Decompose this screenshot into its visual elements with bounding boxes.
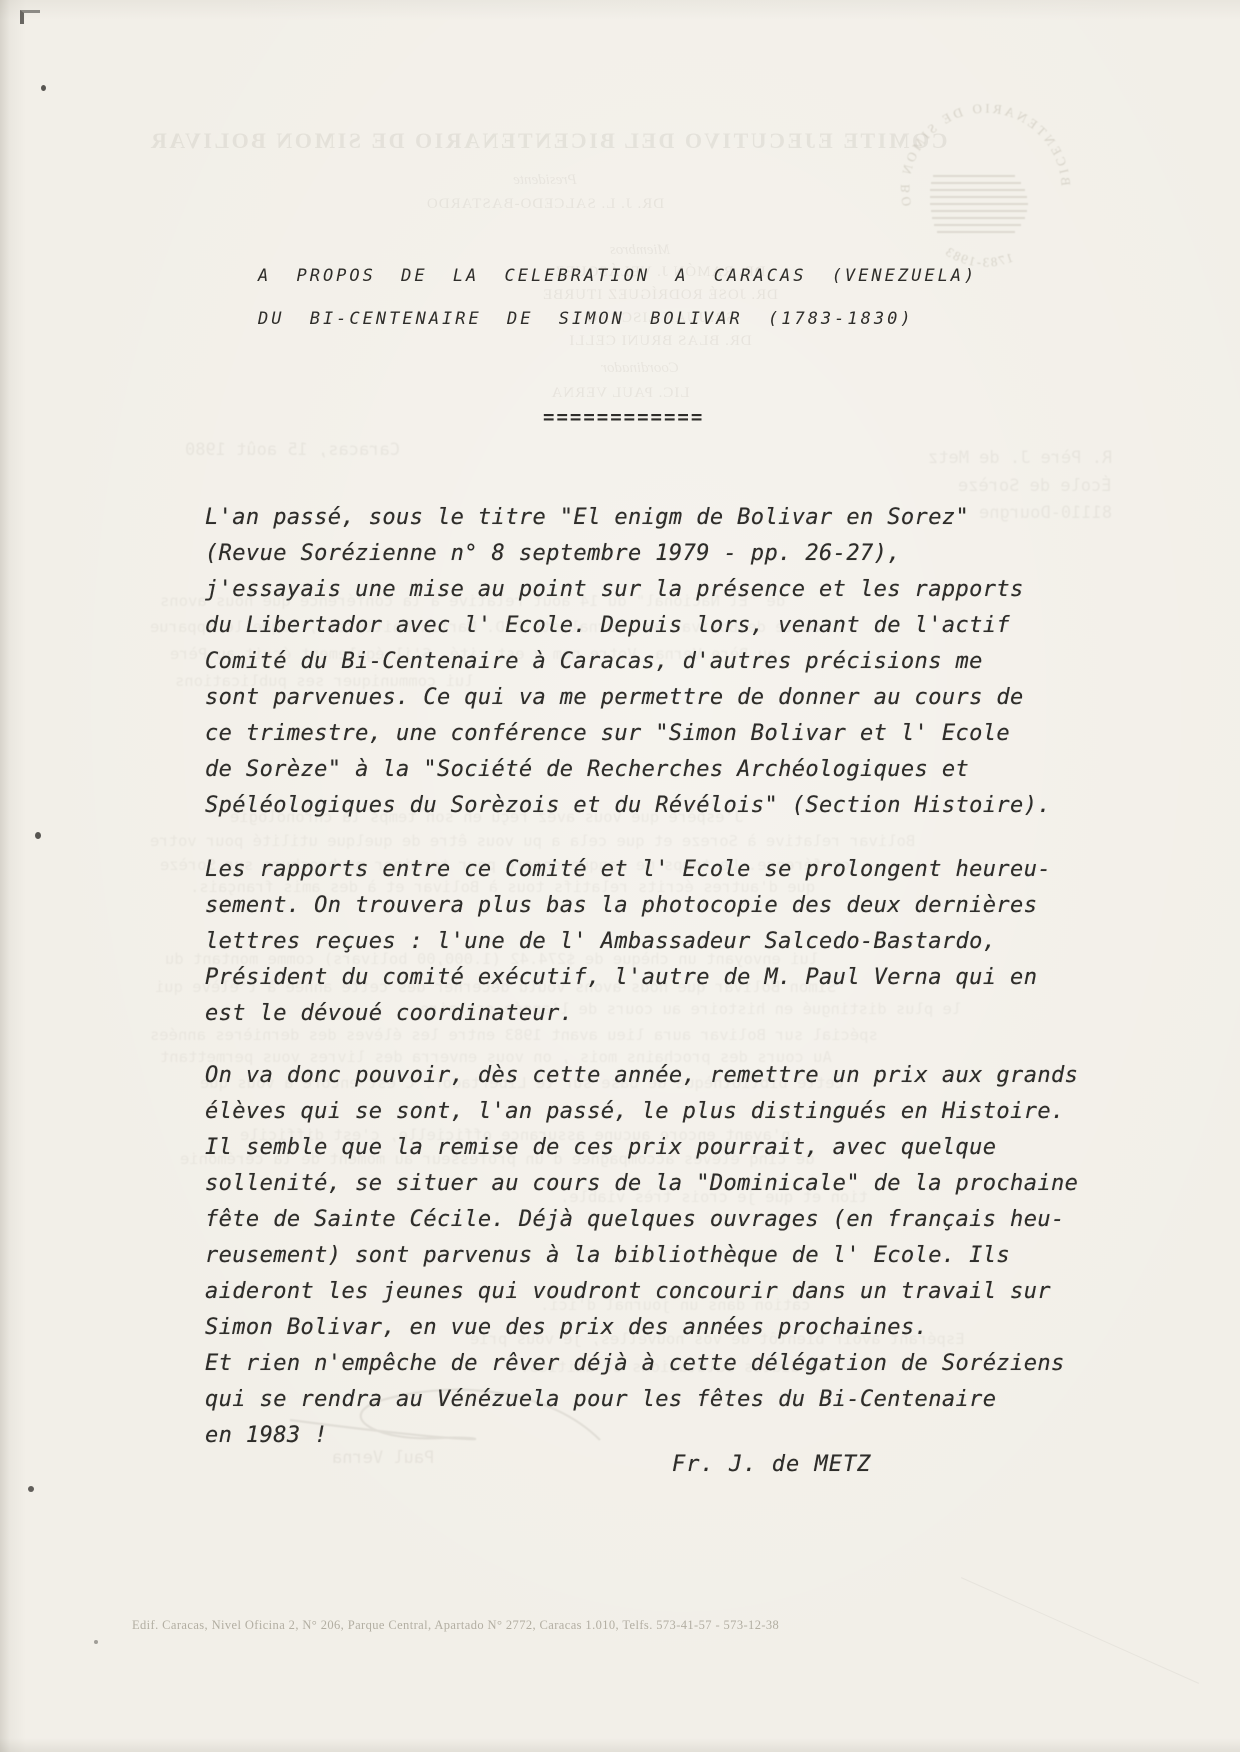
paragraph-1: L'an passé, sous le titre "El enigm de B… bbox=[205, 500, 1105, 824]
bleedthrough-presidente-label: Presidente bbox=[513, 172, 577, 189]
scan-corner-mark bbox=[20, 10, 40, 24]
bleedthrough-sender-line: École de Sorèze bbox=[958, 476, 1112, 496]
bicentenario-seal: BICENTENARIO DE SIMON BOLIVAR 1783-1983 bbox=[888, 98, 1083, 293]
paragraph-3: On va donc pouvoir, dès cette année, rem… bbox=[205, 1058, 1105, 1454]
ink-speck bbox=[28, 1486, 34, 1492]
paper-crease bbox=[961, 1577, 1199, 1684]
seal-ring-text: BICENTENARIO DE SIMON BOLIVAR bbox=[897, 98, 1083, 210]
ink-speck bbox=[94, 1640, 98, 1644]
bleedthrough-coordinador-name: LIC. PAUL VERNA bbox=[550, 385, 689, 402]
bleedthrough-line: Bolivar relative à Soreze et que cela a … bbox=[150, 832, 915, 850]
doc-title-line-2: DU BI-CENTENAIRE DE SIMON BOLIVAR (1783-… bbox=[258, 309, 914, 329]
bleedthrough-miembros-label: Miembros bbox=[610, 242, 670, 259]
bleedthrough-coordinador-label: Coordinador bbox=[601, 360, 679, 377]
title-divider: ============ bbox=[543, 406, 704, 428]
bleedthrough-date: Caracas, 15 août 1980 bbox=[185, 440, 400, 460]
scanned-letter-page: COMITE EJECUTIVO DEL BICENTENARIO DE SIM… bbox=[0, 0, 1240, 1752]
bleedthrough-member: DR. JOSÉ RODRÍGUEZ ITURBE bbox=[542, 287, 778, 304]
doc-title-line-1: A PROPOS DE LA CELEBRATION A CARACAS (VE… bbox=[258, 266, 977, 286]
bleedthrough-footer-address: Edif. Caracas, Nivel Oficina 2, N° 206, … bbox=[132, 1618, 779, 1633]
ink-speck bbox=[41, 85, 46, 91]
ink-speck bbox=[35, 832, 41, 839]
bleedthrough-presidente-name: DR. J. L. SALCEDO-BASTARDO bbox=[426, 196, 664, 213]
signature-fr-j-de-metz: Fr. J. de METZ bbox=[672, 1452, 871, 1477]
bleedthrough-sender-line: R. Père J. de Metz bbox=[928, 448, 1112, 468]
paragraph-2: Les rapports entre ce Comité et l' Ecole… bbox=[205, 852, 1105, 1032]
bleedthrough-member: DR. BLAS BRUNI CELLI bbox=[568, 333, 751, 350]
svg-text:BICENTENARIO DE SIMON BOLIVAR: BICENTENARIO DE SIMON BOLIVAR bbox=[897, 98, 1083, 210]
bleedthrough-letterhead-title: COMITE EJECUTIVO DEL BICENTENARIO DE SIM… bbox=[149, 128, 948, 154]
